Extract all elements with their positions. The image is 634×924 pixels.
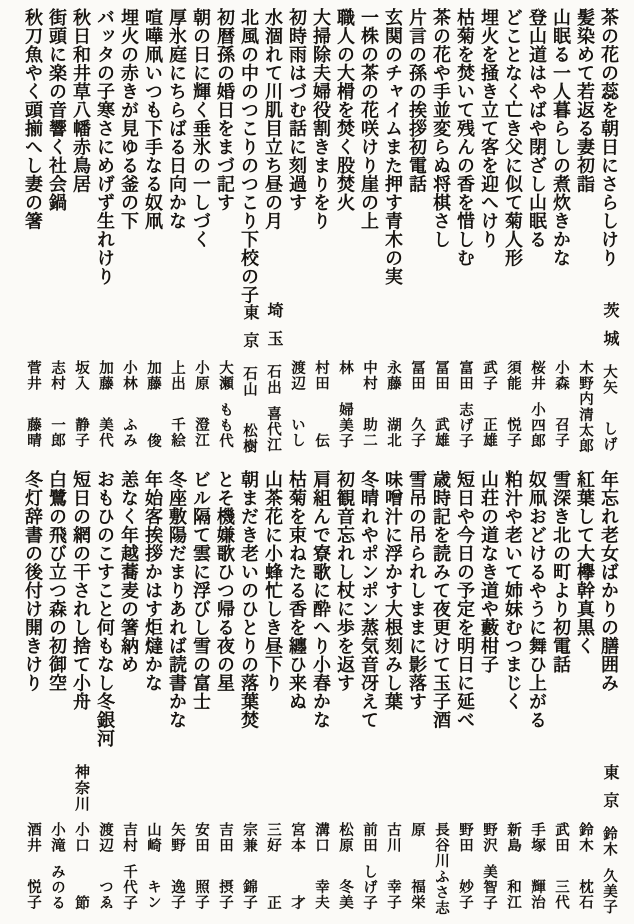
haiku-text: 玄関のチャイムまた押す青木の実 — [381, 8, 405, 302]
prefecture-label — [573, 764, 597, 816]
author-name: 古川 幸子 — [381, 822, 405, 910]
author-given-name: 照子 — [189, 879, 213, 910]
haiku-selection-block-1: 茶の花の蕊を朝日にさらしけり 茨城 大矢 しげ 髪染めて若返る妻初詣 木野内 清… — [0, 0, 634, 462]
author-given-name: 摂子 — [213, 879, 237, 910]
prefecture-label: 神奈川 — [69, 764, 93, 816]
author-name: 手塚 輝治 — [525, 822, 549, 910]
author-surname: 村田 — [309, 360, 333, 391]
author-surname: 松原 — [333, 822, 357, 853]
author-name: 永藤 湖北 — [381, 360, 405, 448]
author-surname: 三好 — [261, 822, 285, 853]
author-name: 三好 正 — [261, 822, 285, 910]
prefecture-label — [501, 302, 525, 354]
prefecture-label — [405, 764, 429, 816]
author-surname: 永藤 — [381, 360, 405, 391]
haiku-entry: 冬灯辞書の後付け開きけり 酒井 悦子 — [21, 470, 45, 920]
author-given-name: もも代 — [213, 402, 237, 449]
author-given-name: 和江 — [501, 879, 525, 910]
prefecture-label — [189, 302, 213, 354]
author-given-name: 節 — [69, 895, 93, 911]
author-given-name: 小四郎 — [525, 402, 549, 449]
prefecture-label — [525, 764, 549, 816]
haiku-entry: ビル隔て雲に浮びし雪の富士 安田 照子 — [189, 470, 213, 920]
author-name: 林 婦美子 — [333, 360, 357, 448]
haiku-text: 山眠る一人暮らしの煮炊きかな — [549, 8, 573, 302]
author-surname: 志村 — [45, 360, 69, 391]
haiku-text: どことなく亡き父に似て菊人形 — [501, 8, 525, 302]
author-surname: 菅井 — [21, 360, 45, 391]
haiku-text: 味噌汁に浮かす大根刻みし葉 — [381, 470, 405, 764]
prefecture-label: 東京 — [597, 764, 621, 820]
author-surname: 上出 — [165, 360, 189, 391]
haiku-text: 髪染めて若返る妻初詣 — [573, 8, 597, 302]
haiku-text: 雪深き北の町より初電話 — [549, 470, 573, 764]
haiku-text: 朝まだき老いのひとりの落葉焚 — [237, 470, 261, 764]
haiku-text: 白鷺の飛び立つ森の初御空 — [45, 470, 69, 764]
haiku-entry: 大掃除夫婦役割きまりをり 村田 伝 — [309, 8, 333, 458]
haiku-text: 奴凧おどけるやうに舞ひ上がる — [525, 470, 549, 764]
haiku-entry: バッタの子寒さにめげず生れけり 加藤 美代 — [93, 8, 117, 458]
author-name: 前田 しげ子 — [357, 822, 381, 910]
prefecture-label: 東京 — [237, 304, 261, 360]
haiku-text: 初時雨はづむ話に刻過す — [285, 8, 309, 302]
prefecture-label — [525, 302, 549, 354]
prefecture-label — [453, 764, 477, 816]
haiku-entry: 冬晴れやポンポン蒸気音冴えて 前田 しげ子 — [357, 470, 381, 920]
author-name: 宗兼 錦子 — [237, 822, 261, 910]
author-name: 吉村 千代子 — [117, 822, 141, 910]
prefecture-label — [213, 764, 237, 816]
author-surname: 原 — [405, 822, 429, 838]
author-surname: 小森 — [549, 360, 573, 391]
author-given-name: しげ — [597, 421, 621, 452]
author-name: 小滝 みのる — [45, 822, 69, 910]
prefecture-label — [381, 764, 405, 816]
author-given-name: 正雄 — [477, 417, 501, 448]
author-given-name: 美智子 — [477, 864, 501, 911]
author-name: 志村 一郎 — [45, 360, 69, 448]
author-surname: 古川 — [381, 822, 405, 853]
author-given-name: 千代子 — [117, 864, 141, 911]
author-given-name: 正 — [261, 895, 285, 911]
haiku-entry: 初時雨はづむ話に刻過す 渡辺 いし — [285, 8, 309, 458]
haiku-columns-1: 茶の花の蕊を朝日にさらしけり 茨城 大矢 しげ 髪染めて若返る妻初詣 木野内 清… — [19, 8, 621, 458]
haiku-entry: 秋刀魚やく頭揃へし妻の箸 菅井 藤晴 — [21, 8, 45, 458]
prefecture-label — [429, 302, 453, 354]
haiku-text: 登山道はやばや閉ざし山眠る — [525, 8, 549, 302]
author-given-name: 才 — [285, 895, 309, 911]
haiku-entry: 朝の日に輝く垂氷の一しづく 小原 澄江 — [189, 8, 213, 458]
haiku-entry: 雪深き北の町より初電話 武田 三代 — [549, 470, 573, 920]
author-name: 酒井 悦子 — [21, 822, 45, 910]
author-given-name: 枕石 — [573, 879, 597, 910]
author-name: 松原 冬美 — [333, 822, 357, 910]
author-name: 溝口 幸夫 — [309, 822, 333, 910]
author-given-name: ふみ — [117, 417, 141, 448]
haiku-text: 冬灯辞書の後付け開きけり — [21, 470, 45, 764]
haiku-entry: 山眠る一人暮らしの煮炊きかな 小森 召子 — [549, 8, 573, 458]
haiku-entry: どことなく亡き父に似て菊人形 須能 悦子 — [501, 8, 525, 458]
author-surname: 加藤 — [93, 360, 117, 391]
prefecture-label — [357, 302, 381, 354]
author-name: 加藤 俊 — [141, 360, 165, 448]
haiku-text: 初暦孫の婚日をまづ記す — [213, 8, 237, 302]
author-name: 武田 三代 — [549, 822, 573, 910]
haiku-entry: 水涸れて川肌目立ち昼の月 埼玉 石出 喜代江 — [261, 8, 285, 458]
prefecture-label — [21, 302, 45, 354]
author-given-name: しげ子 — [357, 864, 381, 911]
haiku-entry: 一株の茶の花咲けり崖の上 中村 助二 — [357, 8, 381, 458]
author-surname: 桜井 — [525, 360, 549, 391]
author-name: 加藤 美代 — [93, 360, 117, 448]
haiku-text: 山荘の道なき道や藪柑子 — [477, 470, 501, 764]
author-given-name: 千絵 — [165, 417, 189, 448]
author-given-name: 喜代江 — [261, 406, 285, 453]
haiku-text: 枯菊を束ねたる香を纏ひ来ぬ — [285, 470, 309, 764]
author-given-name: 一郎 — [45, 417, 69, 448]
author-given-name: 久子 — [405, 417, 429, 448]
prefecture-label — [213, 302, 237, 354]
author-given-name: 俊 — [141, 433, 165, 449]
author-surname: 石山 — [237, 366, 261, 397]
author-name: 武子 正雄 — [477, 360, 501, 448]
prefecture-label: 埼玉 — [261, 302, 285, 358]
haiku-entry: 厚氷庭にちらばる日向かな 上出 千絵 — [165, 8, 189, 458]
author-name: 須能 悦子 — [501, 360, 525, 448]
haiku-text: 厚氷庭にちらばる日向かな — [165, 8, 189, 302]
haiku-entry: 歳時記を読みて夜更けて玉子酒 長谷川 ふさ志 — [429, 470, 453, 920]
haiku-selection-block-2: 年忘れ老女ばかりの膳囲み 東京 鈴木 久美子 紅葉して大欅幹真黒く 鈴木 枕石 … — [0, 462, 634, 924]
haiku-entry: 職人の大榾を焚く股焚火 林 婦美子 — [333, 8, 357, 458]
haiku-text: 冬座敷陽だまりあれば読書かな — [165, 470, 189, 764]
haiku-entry: 街頭に楽の音響く社会鍋 志村 一郎 — [45, 8, 69, 458]
haiku-text: 肩組んで寮歌に酔へり小春かな — [309, 470, 333, 764]
author-surname: 野沢 — [477, 822, 501, 853]
haiku-text: 朝の日に輝く垂氷の一しづく — [189, 8, 213, 302]
haiku-entry: おもひのこすこと何もなし冬銀河 渡辺 つゑ — [93, 470, 117, 920]
author-surname: 宮本 — [285, 822, 309, 853]
author-surname: 野田 — [453, 822, 477, 853]
author-name: 野田 妙子 — [453, 822, 477, 910]
haiku-text: 短日や今日の予定を明日に延べ — [453, 470, 477, 764]
haiku-columns-2: 年忘れ老女ばかりの膳囲み 東京 鈴木 久美子 紅葉して大欅幹真黒く 鈴木 枕石 … — [19, 470, 621, 920]
author-name: 鈴木 久美子 — [597, 826, 621, 914]
author-name: 村田 伝 — [309, 360, 333, 448]
haiku-text: とそ機嫌歌ひつ帰る夜の星 — [213, 470, 237, 764]
prefecture-label — [21, 764, 45, 816]
author-given-name: 召子 — [549, 417, 573, 448]
prefecture-label — [117, 302, 141, 354]
prefecture-label — [165, 302, 189, 354]
haiku-entry: 埋火を掻き立て客を迎へけり 武子 正雄 — [477, 8, 501, 458]
author-given-name: 三代 — [549, 879, 573, 910]
prefecture-label — [285, 302, 309, 354]
haiku-entry: 茶の花の蕊を朝日にさらしけり 茨城 大矢 しげ — [597, 8, 621, 458]
author-name: 鈴木 枕石 — [573, 822, 597, 910]
prefecture-label — [117, 764, 141, 816]
author-name: 桜井 小四郎 — [525, 360, 549, 448]
prefecture-label — [237, 764, 261, 816]
author-given-name: 錦子 — [237, 879, 261, 910]
author-name: 中村 助二 — [357, 360, 381, 448]
author-given-name: 幸子 — [381, 879, 405, 910]
author-name: 長谷川 ふさ志 — [429, 822, 453, 915]
author-surname: 渡辺 — [93, 822, 117, 853]
haiku-entry: 味噌汁に浮かす大根刻みし葉 古川 幸子 — [381, 470, 405, 920]
author-name: 矢野 逸子 — [165, 822, 189, 910]
author-name: 冨田 久子 — [405, 360, 429, 448]
author-surname: 鈴木 — [573, 822, 597, 853]
author-given-name: 静子 — [69, 417, 93, 448]
haiku-text: 歳時記を読みて夜更けて玉子酒 — [429, 470, 453, 764]
author-surname: 富田 — [453, 360, 477, 391]
author-name: 宮本 才 — [285, 822, 309, 910]
author-surname: 中村 — [357, 360, 381, 391]
haiku-entry: 短日や今日の予定を明日に延べ 野田 妙子 — [453, 470, 477, 920]
author-surname: 小原 — [189, 360, 213, 391]
author-surname: 安田 — [189, 822, 213, 853]
prefecture-label — [573, 302, 597, 354]
haiku-text: 初観音忘れし杖に歩を返す — [333, 470, 357, 764]
prefecture-label — [189, 764, 213, 816]
author-surname: 手塚 — [525, 822, 549, 853]
author-surname: 林 — [333, 360, 357, 376]
author-surname: 吉村 — [117, 822, 141, 853]
author-surname: 坂入 — [69, 360, 93, 391]
haiku-text: おもひのこすこと何もなし冬銀河 — [93, 470, 117, 764]
prefecture-label — [357, 764, 381, 816]
haiku-entry: 粕汁や老いて姉妹むつまじく 新島 和江 — [501, 470, 525, 920]
author-name: 野沢 美智子 — [477, 822, 501, 910]
author-name: 大瀬 もも代 — [213, 360, 237, 448]
haiku-text: 紅葉して大欅幹真黒く — [573, 470, 597, 764]
author-surname: 須能 — [501, 360, 525, 391]
author-surname: 鈴木 — [597, 826, 621, 857]
prefecture-label — [93, 764, 117, 816]
haiku-text: ビル隔て雲に浮びし雪の富士 — [189, 470, 213, 764]
haiku-text: 枯菊を焚いて残んの香を惜しむ — [453, 8, 477, 302]
haiku-text: 茶の花や手並変らぬ将棋さし — [429, 8, 453, 302]
author-name: 菅井 藤晴 — [21, 360, 45, 448]
author-given-name: いし — [285, 417, 309, 448]
haiku-entry: 秋日和井草八幡赤鳥居 坂入 静子 — [69, 8, 93, 458]
haiku-entry: 紅葉して大欅幹真黒く 鈴木 枕石 — [573, 470, 597, 920]
author-given-name: つゑ — [93, 879, 117, 910]
haiku-entry: 奴凧おどけるやうに舞ひ上がる 手塚 輝治 — [525, 470, 549, 920]
prefecture-label — [333, 764, 357, 816]
author-surname: 酒井 — [21, 822, 45, 853]
haiku-entry: 登山道はやばや閉ざし山眠る 桜井 小四郎 — [525, 8, 549, 458]
author-surname: 山崎 — [141, 822, 165, 853]
haiku-text: 街頭に楽の音響く社会鍋 — [45, 8, 69, 302]
author-given-name: 冬美 — [333, 879, 357, 910]
haiku-text: 山茶花に小蜂忙しき昼下り — [261, 470, 285, 764]
haiku-text: 埋火を掻き立て客を迎へけり — [477, 8, 501, 302]
prefecture-label — [477, 302, 501, 354]
author-given-name: 幸夫 — [309, 879, 333, 910]
haiku-text: 喧嘩凧いつも下手なる奴凧 — [141, 8, 165, 302]
author-name: 吉田 摂子 — [213, 822, 237, 910]
haiku-entry: 髪染めて若返る妻初詣 木野内 清太郎 — [573, 8, 597, 458]
author-surname: 小滝 — [45, 822, 69, 853]
author-name: 木野内 清太郎 — [573, 360, 597, 453]
author-name: 石山 松樹 — [237, 366, 261, 454]
prefecture-label — [165, 764, 189, 816]
haiku-entry: とそ機嫌歌ひつ帰る夜の星 吉田 摂子 — [213, 470, 237, 920]
prefecture-label: 茨城 — [597, 302, 621, 358]
author-given-name: 澄江 — [189, 417, 213, 448]
author-given-name: 美代 — [93, 417, 117, 448]
prefecture-label — [141, 302, 165, 354]
prefecture-label — [477, 764, 501, 816]
author-surname: 渡辺 — [285, 360, 309, 391]
author-surname: 武田 — [549, 822, 573, 853]
haiku-entry: 片言の孫の挨拶初電話 冨田 久子 — [405, 8, 429, 458]
prefecture-label — [501, 764, 525, 816]
author-given-name: キン — [141, 879, 165, 910]
author-given-name: 伝 — [309, 433, 333, 449]
author-surname: 溝口 — [309, 822, 333, 853]
haiku-entry: 埋火の赤きが見ゆる釜の下 小林 ふみ — [117, 8, 141, 458]
author-given-name: ふさ志 — [429, 869, 453, 916]
author-surname: 矢野 — [165, 822, 189, 853]
haiku-entry: 雪吊の吊られしままに影落す 原 福栄 — [405, 470, 429, 920]
author-surname: 武子 — [477, 360, 501, 391]
author-surname: 石出 — [261, 364, 285, 395]
haiku-entry: 山茶花に小蜂忙しき昼下り 三好 正 — [261, 470, 285, 920]
author-surname: 宗兼 — [237, 822, 261, 853]
author-name: 原 福栄 — [405, 822, 429, 910]
author-given-name: 悦子 — [501, 417, 525, 448]
prefecture-label — [69, 302, 93, 354]
haiku-text: 片言の孫の挨拶初電話 — [405, 8, 429, 302]
author-surname: 小林 — [117, 360, 141, 391]
haiku-entry: 喧嘩凧いつも下手なる奴凧 加藤 俊 — [141, 8, 165, 458]
haiku-entry: 初暦孫の婚日をまづ記す 大瀬 もも代 — [213, 8, 237, 458]
prefecture-label — [453, 302, 477, 354]
haiku-text: 職人の大榾を焚く股焚火 — [333, 8, 357, 302]
prefecture-label — [309, 302, 333, 354]
haiku-text: 短日の網の干されし捨て小舟 — [69, 470, 93, 764]
prefecture-label — [429, 764, 453, 816]
author-name: 山崎 キン — [141, 822, 165, 910]
author-surname: 大瀬 — [213, 360, 237, 391]
haiku-text: 茶の花の蕊を朝日にさらしけり — [597, 8, 621, 302]
haiku-entry: 恙なく年越蕎麦の箸納め 吉村 千代子 — [117, 470, 141, 920]
author-surname: 吉田 — [213, 822, 237, 853]
author-name: 石出 喜代江 — [261, 364, 285, 452]
haiku-entry: 玄関のチャイムまた押す青木の実 永藤 湖北 — [381, 8, 405, 458]
author-given-name: 武雄 — [429, 417, 453, 448]
haiku-entry: 白鷺の飛び立つ森の初御空 小滝 みのる — [45, 470, 69, 920]
author-name: 冨田 武雄 — [429, 360, 453, 448]
haiku-text: 北風の中のつこりのつこり下校の子 — [237, 8, 261, 304]
haiku-text: 粕汁や老いて姉妹むつまじく — [501, 470, 525, 764]
prefecture-label — [549, 302, 573, 354]
author-given-name: 婦美子 — [333, 402, 357, 449]
author-given-name: 松樹 — [237, 423, 261, 454]
author-surname: 前田 — [357, 822, 381, 853]
author-given-name: 逸子 — [165, 879, 189, 910]
author-name: 小原 澄江 — [189, 360, 213, 448]
haiku-text: 水涸れて川肌目立ち昼の月 — [261, 8, 285, 302]
haiku-entry: 北風の中のつこりのつこり下校の子 東京 石山 松樹 — [237, 8, 261, 458]
prefecture-label — [381, 302, 405, 354]
author-name: 坂入 静子 — [69, 360, 93, 448]
author-surname: 加藤 — [141, 360, 165, 391]
prefecture-label — [261, 764, 285, 816]
prefecture-label — [285, 764, 309, 816]
haiku-entry: 年始客挨拶かはす炬燵かな 山崎 キン — [141, 470, 165, 920]
haiku-text: 雪吊の吊られしままに影落す — [405, 470, 429, 764]
author-name: 大矢 しげ — [597, 364, 621, 452]
author-surname: 冨田 — [429, 360, 453, 391]
haiku-entry: 冬座敷陽だまりあれば読書かな 矢野 逸子 — [165, 470, 189, 920]
author-name: 新島 和江 — [501, 822, 525, 910]
haiku-entry: 茶の花や手並変らぬ将棋さし 冨田 武雄 — [429, 8, 453, 458]
author-name: 小口 節 — [69, 822, 93, 910]
author-given-name: みのる — [45, 864, 69, 911]
prefecture-label — [141, 764, 165, 816]
author-surname: 長谷川 — [429, 822, 453, 869]
haiku-entry: 肩組んで寮歌に酔へり小春かな 溝口 幸夫 — [309, 470, 333, 920]
author-surname: 木野内 — [573, 360, 597, 407]
haiku-entry: 枯菊を束ねたる香を纏ひ来ぬ 宮本 才 — [285, 470, 309, 920]
author-given-name: 清太郎 — [573, 407, 597, 454]
author-name: 上出 千絵 — [165, 360, 189, 448]
haiku-entry: 枯菊を焚いて残んの香を惜しむ 富田 志げ子 — [453, 8, 477, 458]
haiku-text: 秋日和井草八幡赤鳥居 — [69, 8, 93, 302]
author-surname: 新島 — [501, 822, 525, 853]
author-name: 小林 ふみ — [117, 360, 141, 448]
author-given-name: 妙子 — [453, 879, 477, 910]
haiku-entry: 山荘の道なき道や藪柑子 野沢 美智子 — [477, 470, 501, 920]
haiku-entry: 朝まだき老いのひとりの落葉焚 宗兼 錦子 — [237, 470, 261, 920]
haiku-text: 埋火の赤きが見ゆる釜の下 — [117, 8, 141, 302]
author-given-name: 久美子 — [597, 868, 621, 915]
prefecture-label — [45, 302, 69, 354]
author-surname: 冨田 — [405, 360, 429, 391]
author-name: 渡辺 いし — [285, 360, 309, 448]
prefecture-label — [45, 764, 69, 816]
haiku-text: 一株の茶の花咲けり崖の上 — [357, 8, 381, 302]
author-given-name: 輝治 — [525, 879, 549, 910]
haiku-text: 秋刀魚やく頭揃へし妻の箸 — [21, 8, 45, 302]
author-name: 安田 照子 — [189, 822, 213, 910]
scanned-haiku-magazine-page: 茶の花の蕊を朝日にさらしけり 茨城 大矢 しげ 髪染めて若返る妻初詣 木野内 清… — [0, 0, 634, 924]
prefecture-label — [93, 302, 117, 354]
prefecture-label — [549, 764, 573, 816]
prefecture-label — [333, 302, 357, 354]
author-given-name: 悦子 — [21, 879, 45, 910]
haiku-text: 恙なく年越蕎麦の箸納め — [117, 470, 141, 764]
author-given-name: 助二 — [357, 417, 381, 448]
author-name: 小森 召子 — [549, 360, 573, 448]
haiku-entry: 短日の網の干されし捨て小舟 神奈川 小口 節 — [69, 470, 93, 920]
haiku-text: 大掃除夫婦役割きまりをり — [309, 8, 333, 302]
author-name: 渡辺 つゑ — [93, 822, 117, 910]
author-given-name: 志げ子 — [453, 402, 477, 449]
haiku-text: 年忘れ老女ばかりの膳囲み — [597, 470, 621, 764]
author-given-name: 福栄 — [405, 879, 429, 910]
author-surname: 小口 — [69, 822, 93, 853]
author-surname: 大矢 — [597, 364, 621, 395]
prefecture-label — [309, 764, 333, 816]
author-given-name: 湖北 — [381, 417, 405, 448]
author-name: 富田 志げ子 — [453, 360, 477, 448]
haiku-entry: 初観音忘れし杖に歩を返す 松原 冬美 — [333, 470, 357, 920]
haiku-text: 年始客挨拶かはす炬燵かな — [141, 470, 165, 764]
